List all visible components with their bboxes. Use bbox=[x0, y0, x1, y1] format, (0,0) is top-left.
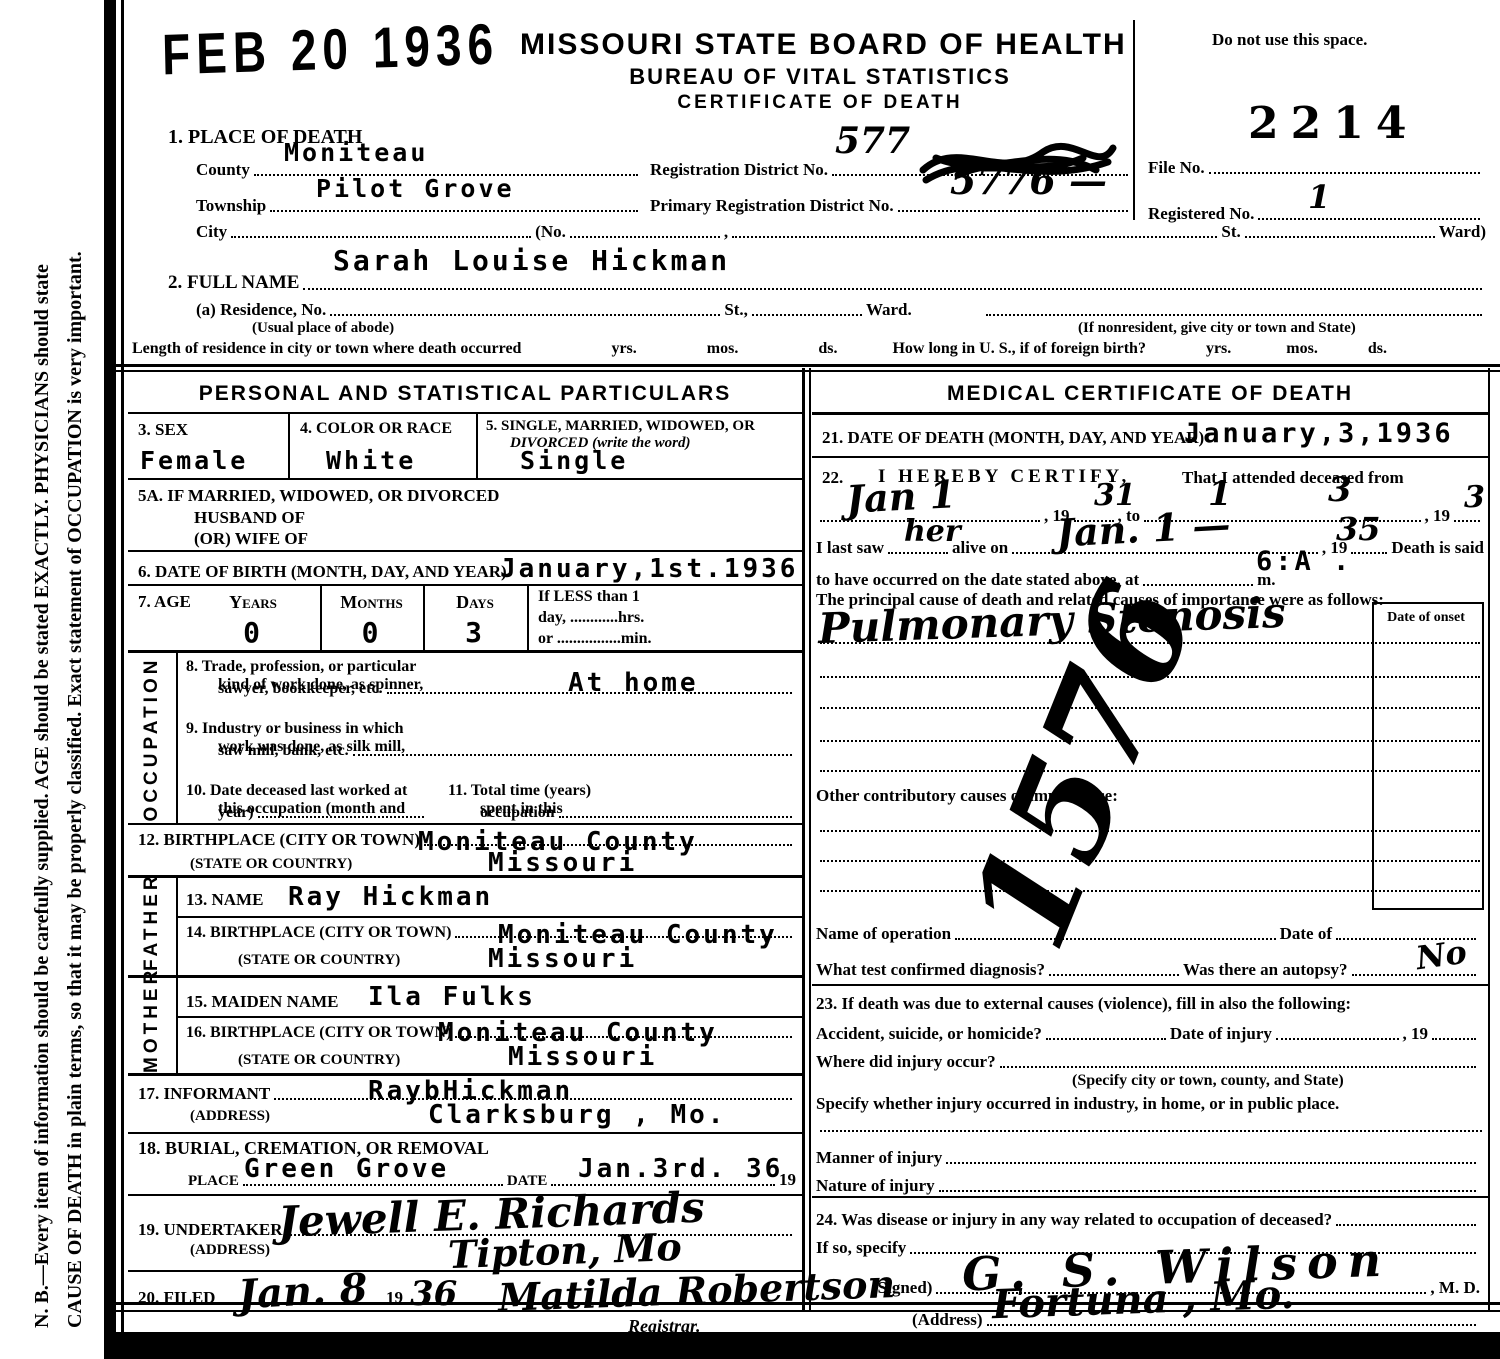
date-of-onset-box bbox=[1372, 602, 1484, 910]
father-birthplace-state-label: (STATE OR COUNTRY) bbox=[238, 952, 400, 969]
margin-note-line1: N. B.—Every item of information should b… bbox=[26, 251, 59, 1328]
specify-industry-label: Specify whether injury occurred in indus… bbox=[816, 1094, 1339, 1114]
accident-row: Accident, suicide, or homicide? Date of … bbox=[816, 1024, 1480, 1044]
birthplace-label: 12. BIRTHPLACE (CITY OR TOWN) bbox=[138, 830, 420, 850]
father-birthplace-label: 14. BIRTHPLACE (CITY OR TOWN) bbox=[186, 924, 451, 942]
mother-side-label: MOTHER bbox=[141, 977, 163, 1073]
last-saw-year: 35 bbox=[1336, 510, 1381, 548]
scan-bottom-bar bbox=[116, 1332, 1500, 1359]
personal-column-header: PERSONAL AND STATISTICAL PARTICULARS bbox=[128, 382, 802, 406]
mother-strip-divider bbox=[176, 975, 178, 1073]
full-name-row: 2. FULL NAME Sarah Louise Hickman bbox=[168, 258, 1486, 294]
residence-st-blank[interactable] bbox=[752, 312, 862, 316]
city-blank[interactable] bbox=[231, 234, 531, 238]
form-title: MISSOURI STATE BOARD OF HEALTH bbox=[520, 28, 1120, 62]
father-strip-divider bbox=[176, 875, 178, 975]
full-name-label: 2. FULL NAME bbox=[168, 272, 299, 294]
column-divider-right bbox=[809, 368, 811, 1310]
rule bbox=[128, 478, 802, 480]
occ-10-line1: 10. Date deceased last worked at bbox=[186, 782, 407, 800]
undertaker-address-label: (ADDRESS) bbox=[190, 1242, 270, 1259]
occ-9-blank[interactable] bbox=[353, 752, 792, 756]
file-no-blank[interactable] bbox=[1209, 170, 1480, 174]
attended-to-day2: 3 bbox=[1328, 470, 1352, 510]
county-value: Moniteau bbox=[284, 138, 428, 167]
cell-divider bbox=[476, 412, 478, 478]
accident-blank[interactable] bbox=[1046, 1036, 1166, 1040]
filed-century: 19 bbox=[386, 1288, 403, 1308]
to-year-blank[interactable] bbox=[1454, 518, 1480, 522]
primary-registration-blank[interactable] bbox=[898, 208, 1128, 212]
operation-row: Name of operation Date of bbox=[816, 924, 1480, 944]
sex-label: 3. SEX bbox=[138, 420, 188, 440]
file-no-row: File No. bbox=[1148, 158, 1484, 178]
mother-name-label: 15. MAIDEN NAME bbox=[186, 992, 339, 1012]
age-months-header: Months bbox=[320, 592, 423, 613]
autopsy-value: No bbox=[1414, 933, 1469, 978]
marital-value: Single bbox=[520, 446, 628, 475]
occupation-strip-divider bbox=[176, 653, 178, 823]
operation-label: Name of operation bbox=[816, 924, 951, 944]
margin-note: N. B.—Every item of information should b… bbox=[26, 251, 92, 1328]
right-page-border bbox=[1488, 368, 1490, 1310]
rule bbox=[812, 456, 1488, 458]
occ-9-line3: saw mill, bank, etc. bbox=[218, 742, 796, 760]
occupation-related-row: 24. Was disease or injury in any way rel… bbox=[816, 1210, 1480, 1230]
marital-label-1: 5. SINGLE, MARRIED, WIDOWED, OR bbox=[486, 418, 755, 435]
manner-blank[interactable] bbox=[946, 1160, 1476, 1164]
less-than-1-day-hrs: day, ............hrs. bbox=[538, 609, 644, 627]
registered-no-label: Registered No. bbox=[1148, 204, 1254, 224]
mother-birthplace-state-label: (STATE OR COUNTRY) bbox=[238, 1052, 400, 1069]
operation-date-label: Date of bbox=[1280, 924, 1332, 944]
test-label: What test confirmed diagnosis? bbox=[816, 960, 1045, 980]
ds-label: ds. bbox=[818, 340, 837, 358]
last-saw-date: Jan. 1 — bbox=[1055, 501, 1231, 555]
scan-edge-bar bbox=[104, 0, 116, 1359]
section-divider bbox=[116, 364, 1500, 367]
death-certificate-page: N. B.—Every item of information should b… bbox=[0, 0, 1500, 1359]
occ-11-line3: occupation bbox=[480, 804, 796, 822]
registered-no-value: 1 bbox=[1308, 178, 1330, 216]
race-label: 4. COLOR OR RACE bbox=[300, 420, 452, 438]
age-years-value: 0 bbox=[188, 616, 318, 649]
form-subtitle: BUREAU OF VITAL STATISTICS bbox=[520, 64, 1120, 90]
injury-century: , 19 bbox=[1403, 1024, 1429, 1044]
less-than-1-day-min: or ................min. bbox=[538, 630, 651, 648]
informant-address-label: (ADDRESS) bbox=[190, 1108, 270, 1125]
ward-label: Ward) bbox=[1439, 222, 1486, 242]
form-subtitle2: CERTIFICATE OF DEATH bbox=[520, 92, 1120, 114]
comma: , bbox=[724, 222, 728, 242]
burial-date-value: Jan.3rd. bbox=[578, 1154, 727, 1184]
birthplace-blank[interactable] bbox=[424, 842, 792, 846]
ds2-label: ds. bbox=[1368, 340, 1387, 358]
father-birthplace-state-value: Missouri bbox=[488, 944, 637, 974]
husband-wife-label-3: (OR) WIFE OF bbox=[194, 529, 308, 549]
race-value: White bbox=[326, 446, 416, 475]
primary-registration-row: Primary Registration District No. 5776 — bbox=[650, 184, 1132, 216]
primary-registration-value: 5776 — bbox=[950, 158, 1107, 203]
mother-birthplace-label: 16. BIRTHPLACE (CITY OR TOWN) bbox=[186, 1024, 451, 1042]
full-name-blank[interactable] bbox=[303, 286, 1482, 290]
nature-blank[interactable] bbox=[939, 1188, 1476, 1192]
occ-10-line3-label: year) bbox=[218, 804, 254, 822]
yrs2-label: yrs. bbox=[1206, 340, 1231, 358]
occ-8-line1: 8. Trade, profession, or particular bbox=[186, 658, 416, 676]
accident-label: Accident, suicide, or homicide? bbox=[816, 1024, 1042, 1044]
age-days-header: Days bbox=[423, 592, 527, 613]
age-months-value: 0 bbox=[320, 616, 423, 649]
last-saw-her-blank[interactable] bbox=[888, 550, 948, 554]
nature-label: Nature of injury bbox=[816, 1176, 935, 1196]
date-of-death-value: January,3,1936 bbox=[1184, 418, 1454, 449]
rule-heavy bbox=[128, 650, 802, 653]
specify-city-note: (Specify city or town, county, and State… bbox=[1072, 1072, 1344, 1090]
occurred-time-value: 6:A . bbox=[1256, 546, 1352, 577]
last-saw-her: her bbox=[904, 514, 961, 549]
last-saw-row: I last saw alive on , 19 Death is said h… bbox=[816, 524, 1484, 558]
occ-8-line3-label: sawyer, bookkeeper, etc. bbox=[218, 680, 383, 698]
mother-birthplace-blank[interactable] bbox=[455, 1034, 792, 1038]
husband-wife-label-1: 5A. IF MARRIED, WIDOWED, OR DIVORCED bbox=[138, 486, 499, 506]
undertaker-label: 19. UNDERTAKER bbox=[138, 1220, 283, 1240]
nonresident-note: (If nonresident, give city or town and S… bbox=[1078, 320, 1356, 337]
registrar-label: Registrar. bbox=[628, 1316, 701, 1337]
occurred-time-blank[interactable] bbox=[1143, 582, 1253, 586]
age-years-header: Years bbox=[188, 592, 318, 613]
autopsy-row: What test confirmed diagnosis? Was there… bbox=[816, 950, 1480, 980]
occ-9-line1: 9. Industry or business in which bbox=[186, 720, 404, 738]
rule bbox=[128, 412, 802, 414]
filed-year: 36 bbox=[410, 1274, 457, 1314]
full-name-value: Sarah Louise Hickman bbox=[333, 244, 730, 277]
street-label: St. bbox=[1221, 222, 1240, 242]
mos-label: mos. bbox=[707, 340, 739, 358]
autopsy-label: Was there an autopsy? bbox=[1183, 960, 1348, 980]
street-no-label: (No. bbox=[535, 222, 566, 242]
usual-abode-note: (Usual place of abode) bbox=[252, 320, 394, 337]
do-not-use-label: Do not use this space. bbox=[1212, 30, 1367, 50]
registration-district-label: Registration District No. bbox=[650, 160, 828, 180]
nature-row: Nature of injury bbox=[816, 1176, 1480, 1196]
informant-label: 17. INFORMANT bbox=[138, 1084, 270, 1104]
md-label: , M. D. bbox=[1430, 1278, 1480, 1298]
column-divider-left bbox=[802, 368, 805, 1310]
occurred-row: to have occurred on the date stated abov… bbox=[816, 558, 1484, 590]
occ-11-line3-label: occupation bbox=[480, 804, 555, 822]
injury-year-blank[interactable] bbox=[1432, 1036, 1476, 1040]
sex-value: Female bbox=[140, 446, 248, 475]
yrs-label: yrs. bbox=[611, 340, 636, 358]
occ-10-line3: year) bbox=[218, 804, 428, 822]
occupation-value: At home bbox=[568, 668, 699, 698]
father-name-label: 13. NAME bbox=[186, 890, 263, 910]
external-causes-label: 23. If death was due to external causes … bbox=[816, 994, 1351, 1014]
test-blank[interactable] bbox=[1049, 972, 1179, 976]
township-blank[interactable] bbox=[270, 208, 638, 212]
autopsy-blank[interactable] bbox=[1352, 972, 1476, 976]
manner-label: Manner of injury bbox=[816, 1148, 942, 1168]
length-of-residence-row: Length of residence in city or town wher… bbox=[132, 340, 1488, 358]
file-no-label: File No. bbox=[1148, 158, 1205, 178]
township-row: Township Pilot Grove bbox=[196, 184, 642, 216]
mother-name-value: Ila Fulks bbox=[368, 982, 536, 1012]
last-saw-year-blank[interactable] bbox=[1351, 550, 1387, 554]
residence-st-label: St., bbox=[724, 300, 748, 320]
rule bbox=[128, 584, 802, 586]
date-of-injury-label: Date of injury bbox=[1170, 1024, 1272, 1044]
occ-9-line3-label: saw mill, bank, etc. bbox=[218, 742, 349, 760]
father-birthplace-blank[interactable] bbox=[455, 934, 792, 938]
cell-divider bbox=[288, 412, 290, 478]
burial-place-value: Green Grove bbox=[244, 1154, 449, 1184]
county-label: County bbox=[196, 160, 250, 180]
rule bbox=[128, 823, 802, 825]
manner-row: Manner of injury bbox=[816, 1148, 1480, 1168]
date-of-onset-label: Date of onset bbox=[1376, 610, 1476, 626]
where-injury-row: Where did injury occur? bbox=[816, 1052, 1480, 1072]
father-name-value: Ray Hickman bbox=[288, 882, 493, 912]
personal-statistical-column: PERSONAL AND STATISTICAL PARTICULARS 3. … bbox=[128, 372, 802, 1330]
husband-wife-label-2: HUSBAND OF bbox=[194, 508, 305, 528]
rule-heavy bbox=[128, 875, 802, 878]
date-of-injury-blank[interactable] bbox=[1276, 1036, 1399, 1040]
occ-11-blank[interactable] bbox=[559, 814, 792, 818]
city-row: City (No. , St. Ward) bbox=[196, 222, 1486, 242]
operation-blank[interactable] bbox=[955, 936, 1276, 940]
where-injury-label: Where did injury occur? bbox=[816, 1052, 996, 1072]
occ-11-line1: 11. Total time (years) bbox=[448, 782, 591, 800]
burial-place-label: PLACE bbox=[188, 1173, 239, 1190]
street-blank[interactable] bbox=[732, 234, 1217, 238]
bottom-rule-heavy bbox=[116, 1302, 1500, 1305]
attended-to-year: 3 bbox=[1464, 480, 1485, 515]
birthplace-state-label: (STATE OR COUNTRY) bbox=[190, 856, 352, 873]
street-blank2[interactable] bbox=[1245, 234, 1435, 238]
township-label: Township bbox=[196, 196, 266, 216]
township-value: Pilot Grove bbox=[316, 174, 515, 203]
page-left-border bbox=[121, 0, 124, 1332]
cell-divider bbox=[527, 584, 529, 650]
rule bbox=[128, 550, 802, 552]
certificate-number: 2214 bbox=[1248, 98, 1418, 149]
date-of-death-label: 21. DATE OF DEATH (MONTH, DAY, AND YEAR) bbox=[822, 428, 1204, 448]
informant-address-value: Clarksburg , Mo. bbox=[428, 1100, 726, 1130]
medical-column-header: MEDICAL CERTIFICATE OF DEATH bbox=[812, 382, 1488, 406]
header-box-divider bbox=[1133, 20, 1135, 220]
burial-date-year: 36 bbox=[746, 1154, 783, 1184]
residence-label: (a) Residence, No. bbox=[196, 300, 326, 320]
industry-blank[interactable] bbox=[820, 1128, 1482, 1132]
dob-value: January,1st.1936 bbox=[500, 554, 798, 584]
residence-ward-label: Ward. bbox=[866, 300, 912, 320]
rule bbox=[176, 916, 802, 918]
residence-blank[interactable] bbox=[330, 312, 720, 316]
to-century: , 19 bbox=[1425, 506, 1451, 526]
margin-note-line2: CAUSE OF DEATH in plain terms, so that i… bbox=[59, 251, 92, 1328]
last-saw-label: I last saw bbox=[816, 538, 884, 558]
rule-heavy bbox=[812, 412, 1488, 415]
death-is-said-label: Death is said bbox=[1391, 538, 1484, 558]
occupation-side-label: OCCUPATION bbox=[141, 654, 163, 824]
occupation-related-blank[interactable] bbox=[1336, 1222, 1476, 1226]
rule-heavy bbox=[128, 975, 802, 978]
how-long-us-label: How long in U. S., if of foreign birth? bbox=[892, 340, 1146, 358]
primary-registration-label: Primary Registration District No. bbox=[650, 196, 894, 216]
dob-label: 6. DATE OF BIRTH (MONTH, DAY, AND YEAR) bbox=[138, 562, 507, 582]
birthplace-state-value: Missouri bbox=[488, 848, 637, 878]
age-label: 7. AGE bbox=[138, 592, 191, 612]
registered-no-blank[interactable] bbox=[1258, 216, 1480, 220]
registration-district-value: 577 bbox=[835, 120, 910, 162]
rule bbox=[812, 984, 1488, 986]
received-date-stamp: FEB 20 1936 bbox=[161, 10, 499, 89]
occ-8-line3: sawyer, bookkeeper, etc. bbox=[218, 680, 796, 698]
occ-10-blank[interactable] bbox=[258, 814, 424, 818]
birthplace-label-row: 12. BIRTHPLACE (CITY OR TOWN) bbox=[138, 830, 796, 850]
occupation-related-label: 24. Was disease or injury in any way rel… bbox=[816, 1210, 1332, 1230]
residence-row: (a) Residence, No. St., Ward. bbox=[196, 300, 1486, 320]
address-label: (Address) bbox=[912, 1310, 983, 1330]
medical-certificate-column: MEDICAL CERTIFICATE OF DEATH 21. DATE OF… bbox=[812, 372, 1488, 1330]
length-residence-label: Length of residence in city or town wher… bbox=[132, 340, 521, 358]
cause-of-death-area: Date of onset Pulmonary Stenosis Other c… bbox=[812, 610, 1488, 916]
if-so-label: If so, specify bbox=[816, 1238, 906, 1258]
city-label: City bbox=[196, 222, 227, 242]
signed-label: (Signed) bbox=[872, 1278, 932, 1298]
registered-no-row: Registered No. 1 bbox=[1148, 194, 1484, 224]
bottom-rule-thin bbox=[116, 1310, 1500, 1312]
rule bbox=[128, 1132, 802, 1134]
where-injury-blank[interactable] bbox=[1000, 1064, 1476, 1068]
filed-label: 20. FILED bbox=[138, 1288, 215, 1308]
less-than-1-day-label: If LESS than 1 bbox=[538, 588, 640, 606]
mos2-label: mos. bbox=[1286, 340, 1318, 358]
nonresident-blank[interactable] bbox=[986, 312, 1482, 316]
mother-birthplace-row: 16. BIRTHPLACE (CITY OR TOWN) bbox=[186, 1024, 796, 1042]
certify-number: 22. bbox=[822, 468, 843, 488]
street-no-blank[interactable] bbox=[570, 234, 720, 238]
father-side-label: FATHER bbox=[141, 881, 163, 971]
burial-place-date-row: PLACE DATE 19 Green Grove Jan.3rd. 36 bbox=[188, 1160, 796, 1190]
age-days-value: 3 bbox=[423, 616, 527, 649]
rule bbox=[812, 1196, 1488, 1198]
father-birthplace-row: 14. BIRTHPLACE (CITY OR TOWN) bbox=[186, 924, 796, 942]
mother-birthplace-state-value: Missouri bbox=[508, 1042, 657, 1072]
